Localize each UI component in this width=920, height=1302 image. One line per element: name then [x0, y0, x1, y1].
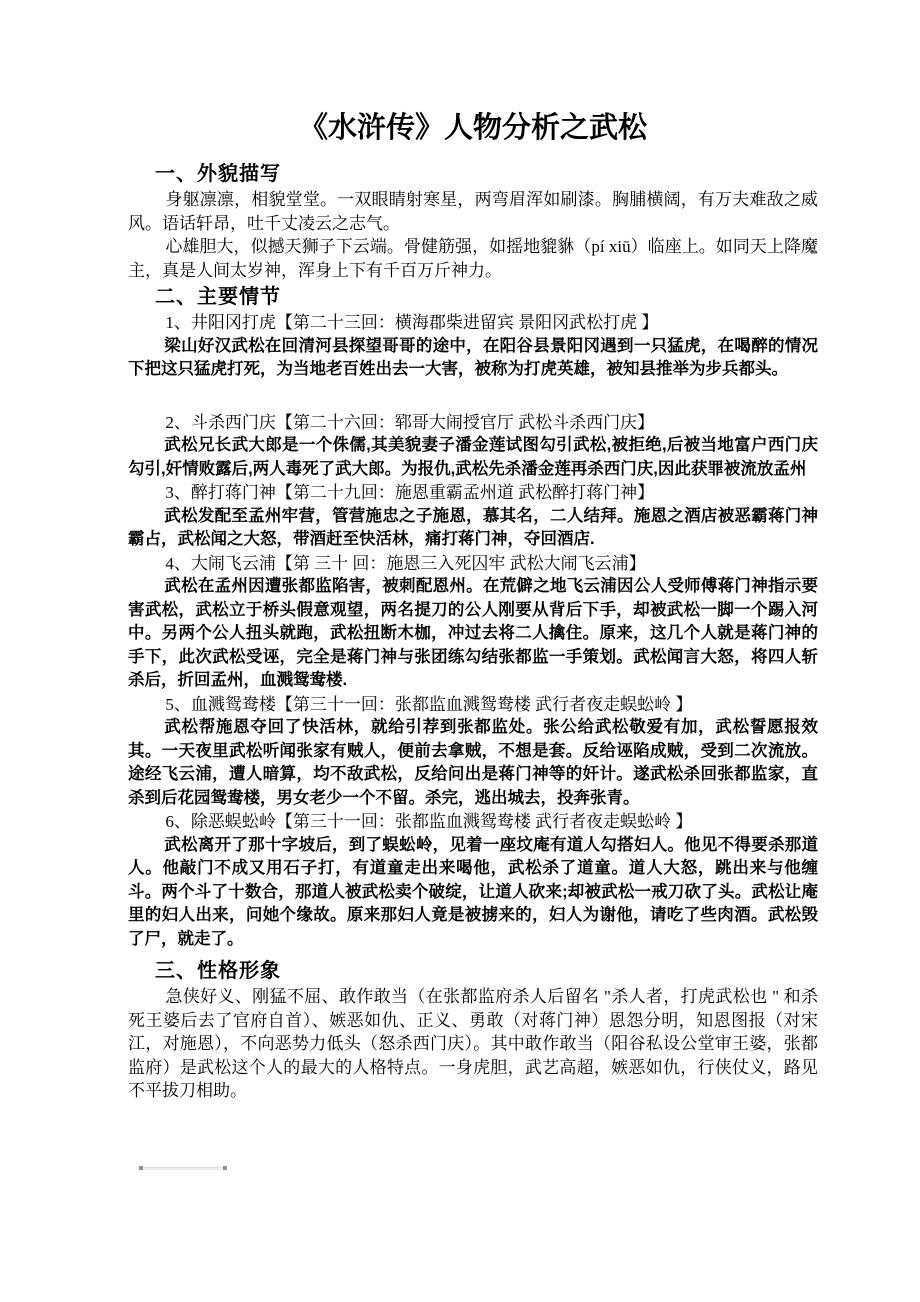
section-heading-appearance: 一、外貌描写: [128, 161, 818, 188]
document-title: 《水浒传》人物分析之武松: [128, 108, 818, 148]
resize-handle-left-icon[interactable]: [139, 1166, 143, 1170]
horizontal-line-object[interactable]: [139, 1166, 227, 1171]
episode-6-summary: 武松离开了那十字坡后，到了蜈蚣岭，见着一座坟庵有道人勾搭妇人。他见不得要杀那道人…: [128, 834, 818, 952]
episode-4-summary: 武松在孟州因遭张都监陷害，被刺配恩州。在荒僻之地飞云浦因公人受师傅蒋门神指示要害…: [128, 575, 818, 693]
episode-1-summary: 梁山好汉武松在回清河县探望哥哥的途中，在阳谷县景阳冈遇到一只猛虎，在喝醉的情况下…: [128, 335, 818, 382]
episode-2-summary: 武松兄长武大郎是一个侏儒,其美貌妻子潘金莲试图勾引武松,被拒绝,后被当地富户西门…: [128, 434, 818, 481]
section-heading-personality: 三、性格形象: [128, 958, 818, 985]
episode-3-summary: 武松发配至孟州牢营，管营施忠之子施恩，慕其名，二人结拜。施恩之酒店被恶霸蒋门神霸…: [128, 505, 818, 552]
paragraph-appearance-1: 身躯凛凛，相貌堂堂。一双眼睛射寒星，两弯眉浑如刷漆。胸脯横阔，有万夫难敌之威风。…: [128, 188, 818, 235]
episode-5-header: 5、血溅鸳鸯楼【第三十一回：张都监血溅鸳鸯楼 武行者夜走蜈蚣岭 】: [128, 693, 818, 717]
section-heading-plot: 二、主要情节: [128, 284, 818, 311]
episode-5-summary: 武松帮施恩夺回了快活林，就给引荐到张都监处。张公给武松敬爱有加，武松誓愿报效其。…: [128, 716, 818, 810]
paragraph-personality: 急侠好义、刚猛不屈、敢作敢当（在张都监府杀人后留名 "杀人者，打虎武松也 " 和…: [128, 985, 818, 1103]
episode-1-header: 1、井阳冈打虎【第二十三回：横海郡柴进留宾 景阳冈武松打虎 】: [128, 311, 818, 335]
episode-4-header: 4、大闹飞云浦【第 三十 回：施恩三入死囚牢 武松大闹飞云浦】: [128, 552, 818, 576]
blank-line: [128, 382, 818, 411]
document-page: 《水浒传》人物分析之武松 一、外貌描写 身躯凛凛，相貌堂堂。一双眼睛射寒星，两弯…: [0, 0, 920, 1302]
paragraph-appearance-2: 心雄胆大，似撼天狮子下云端。骨健筋强，如摇地貔貅（pí xiū）临座上。如同天上…: [128, 235, 818, 282]
episode-2-header: 2、斗杀西门庆【第二十六回：郓哥大闹授官厅 武松斗杀西门庆】: [128, 411, 818, 435]
episode-6-header: 6、除恶蜈蚣岭【第三十一回：张都监血溅鸳鸯楼 武行者夜走蜈蚣岭 】: [128, 810, 818, 834]
document-content: 《水浒传》人物分析之武松 一、外貌描写 身躯凛凛，相貌堂堂。一双眼睛射寒星，两弯…: [128, 108, 818, 1103]
line-shape[interactable]: [142, 1167, 224, 1170]
resize-handle-right-icon[interactable]: [223, 1166, 227, 1170]
episode-3-header: 3、醉打蒋门神【第二十九回：施恩重霸孟州道 武松醉打蒋门神】: [128, 481, 818, 505]
